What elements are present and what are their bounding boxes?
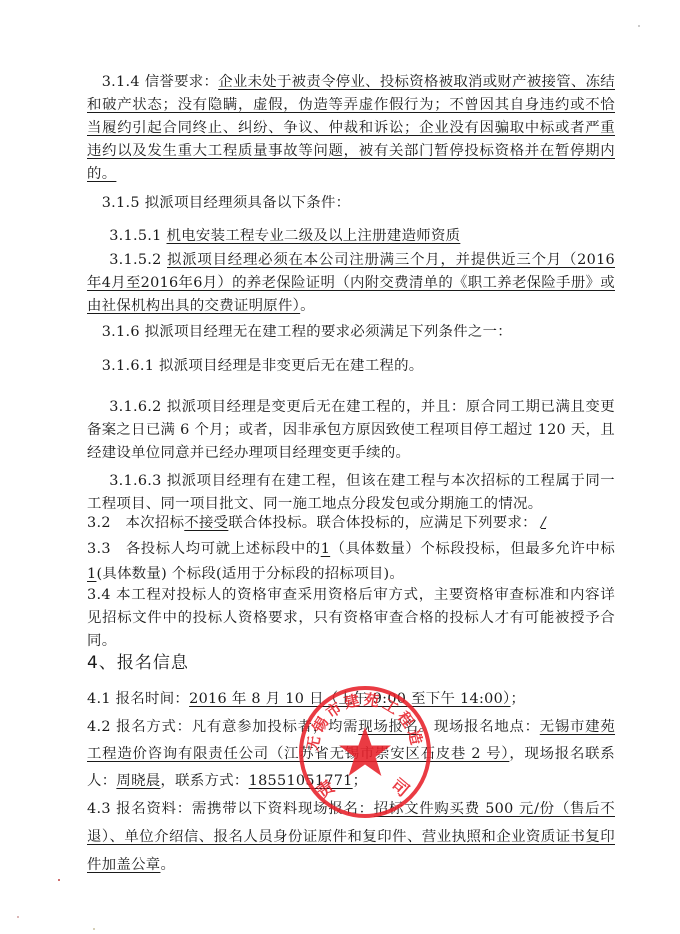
clause-4-2: 4.2 报名方式：凡有意参加投标者，均需现场报名。现场报名地点：无锡市建苑工程造… bbox=[87, 714, 615, 795]
clause-3-1-5-2: 3.1.5.2 拟派项目经理必须在本公司注册满三个月，并提供近三个月（2016年… bbox=[87, 249, 615, 318]
clause-number: 3.1.6.3 bbox=[109, 473, 161, 489]
clause-text: 拟派项目经理无在建工程的要求必须满足下列条件之一： bbox=[145, 324, 512, 340]
clause-number: 3.1.5.2 bbox=[109, 252, 161, 268]
clause-number: 3.1.6 bbox=[102, 324, 140, 340]
punctuation: 。 bbox=[160, 857, 175, 873]
clause-text: 拟派项目经理须具备以下条件： bbox=[145, 195, 351, 211]
clause-text: 本次招标 bbox=[126, 515, 185, 531]
scan-speck bbox=[17, 916, 19, 918]
section-heading: 4、报名信息 bbox=[87, 652, 615, 675]
clause-3-1-6-2: 3.1.6.2 拟派项目经理是变更后无在建工程的，并且：原合同工期已满且变更备案… bbox=[87, 396, 615, 465]
punctuation: ； bbox=[353, 773, 368, 789]
clause-label: 报名资料： bbox=[116, 801, 192, 817]
clause-text: 联合体投标。联合体投标的，应满足下列要求： bbox=[228, 515, 537, 531]
clause-3-3: 3.3 各投标人均可就上述标段中的1（具体数量）个标段投标，但最多允许中标1(具… bbox=[87, 537, 615, 587]
registration-method: 现场报名 bbox=[358, 719, 419, 735]
clause-text: 各投标人均可就上述标段中的 bbox=[126, 541, 321, 557]
clause-text: 需携带以下资料现场报名： bbox=[192, 801, 374, 817]
punctuation: ； bbox=[511, 691, 526, 707]
filled-value: 不接受 bbox=[184, 515, 228, 531]
clause-text: 凡有意参加投标者，均需 bbox=[192, 719, 358, 735]
clause-text: 。现场报名地点： bbox=[419, 719, 540, 735]
clause-text: 本工程对投标人的资格审查采用资格后审方式，主要资格审查标准和内容详见招标文件中的… bbox=[87, 587, 615, 649]
clause-number: 4.2 bbox=[87, 719, 111, 735]
clause-number: 4.1 bbox=[87, 691, 111, 707]
clause-number: 3.1.5.1 bbox=[109, 228, 161, 244]
clause-number: 3.3 bbox=[87, 541, 111, 557]
document-page: 3.1.4 信誉要求：企业未处于被责令停业、投标资格被取消或财产被接管、冻结和破… bbox=[0, 0, 680, 934]
registration-time: 2016 年 8 月 10 日（上午 9:00 至下午 14:00） bbox=[189, 691, 510, 707]
clause-label: 报名方式： bbox=[116, 719, 192, 735]
clause-text: 拟派项目经理是非变更后无在建工程的。 bbox=[159, 358, 423, 374]
clause-text: ，联系方式： bbox=[160, 773, 248, 789]
clause-text: （具体数量）个标段投标，但最多允许中标 bbox=[330, 541, 615, 557]
clause-number: 3.1.6.2 bbox=[109, 399, 161, 415]
scan-speck bbox=[58, 879, 60, 881]
clause-3-4: 3.4 本工程对投标人的资格审查采用资格后审方式，主要资格审查标准和内容详见招标… bbox=[87, 584, 615, 653]
clause-number: 3.1.6.1 bbox=[102, 358, 154, 374]
clause-text: 拟派项目经理有在建工程，但该在建工程与本次招标的工程属于同一工程项目、同一项目批… bbox=[87, 473, 615, 512]
clause-number: 3.2 bbox=[87, 515, 111, 531]
clause-number: 3.1.4 bbox=[102, 74, 140, 90]
clause-3-1-5: 3.1.5 拟派项目经理须具备以下条件： bbox=[87, 192, 615, 215]
contact-name: 周晓晨 bbox=[116, 773, 160, 789]
clause-4-1: 4.1 报名时间：2016 年 8 月 10 日（上午 9:00 至下午 14:… bbox=[87, 688, 615, 711]
clause-number: 4.3 bbox=[87, 801, 111, 817]
clause-number: 3.4 bbox=[87, 587, 111, 603]
clause-text: (具体数量) 个标段(适用于分标段的招标项目)。 bbox=[96, 566, 404, 582]
handwritten-mark: / bbox=[541, 515, 546, 531]
scan-speck bbox=[93, 928, 95, 930]
clause-text: 拟派项目经理是变更后无在建工程的，并且：原合同工期已满且变更备案之日已满 6 个… bbox=[87, 399, 615, 461]
clause-3-1-6: 3.1.6 拟派项目经理无在建工程的要求必须满足下列条件之一： bbox=[87, 321, 615, 344]
clause-4-3: 4.3 报名资料：需携带以下资料现场报名：招标文件购买费 500 元/份（售后不… bbox=[87, 795, 615, 879]
clause-3-1-4: 3.1.4 信誉要求：企业未处于被责令停业、投标资格被取消或财产被接管、冻结和破… bbox=[87, 71, 615, 186]
contact-phone: 18551051771 bbox=[249, 773, 353, 789]
clause-text: 机电安装工程专业二级及以上注册建造师资质 bbox=[167, 228, 461, 244]
clause-label: 报名时间： bbox=[116, 691, 189, 707]
clause-label: 信誉要求： bbox=[145, 74, 218, 90]
clause-text: 拟派项目经理必须在本公司注册满三个月，并提供近三个月（2016年4月至2016年… bbox=[87, 252, 615, 314]
clause-3-1-5-1: 3.1.5.1 机电安装工程专业二级及以上注册建造师资质 bbox=[87, 225, 615, 248]
punctuation: 。 bbox=[300, 298, 315, 314]
clause-3-2: 3.2 本次招标不接受联合体投标。联合体投标的，应满足下列要求：/ bbox=[87, 512, 615, 535]
clause-3-1-6-1: 3.1.6.1 拟派项目经理是非变更后无在建工程的。 bbox=[87, 355, 615, 378]
filled-value: 1 bbox=[321, 541, 330, 557]
scan-speck bbox=[638, 25, 640, 27]
clause-3-1-6-3: 3.1.6.3 拟派项目经理有在建工程，但该在建工程与本次招标的工程属于同一工程… bbox=[87, 470, 615, 516]
clause-text: 企业未处于被责令停业、投标资格被取消或财产被接管、冻结和破产状态；没有隐瞒，虚假… bbox=[87, 74, 615, 182]
clause-number: 3.1.5 bbox=[102, 195, 140, 211]
